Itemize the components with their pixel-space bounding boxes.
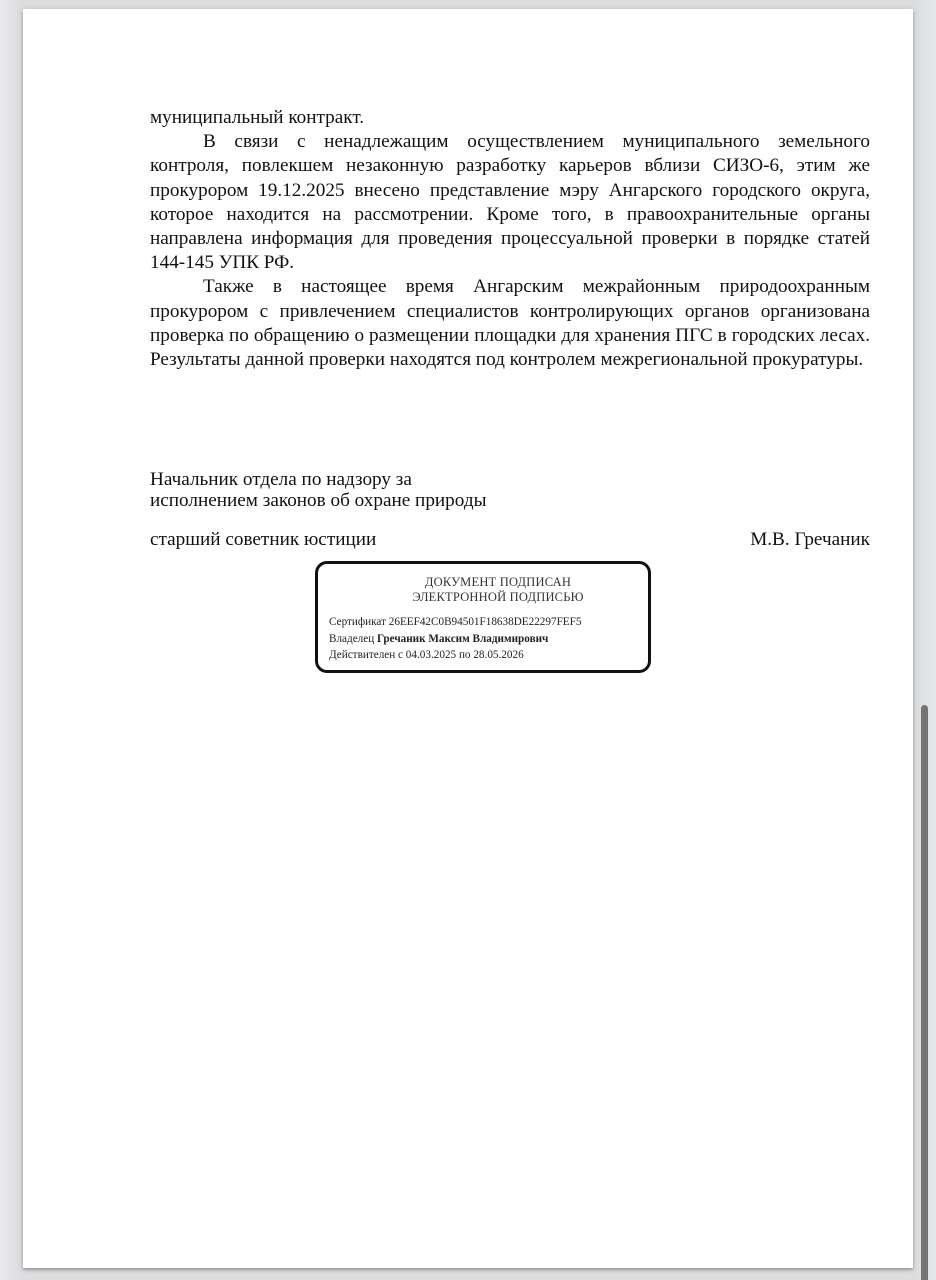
stamp-validity-row: Действителен с 04.03.2025 по 28.05.2026 <box>329 647 648 664</box>
document-page: муниципальный контракт. В связи с ненадл… <box>23 9 913 1268</box>
certificate-value: 26EEF42C0B94501F18638DE22297FEF5 <box>389 616 582 628</box>
scrollbar-thumb[interactable] <box>921 705 928 1280</box>
stamp-header-line-1: ДОКУМЕНТ ПОДПИСАН <box>348 575 648 590</box>
stamp-owner-row: Владелец Гречаник Максим Владимирович <box>329 631 648 648</box>
stamp-details: Сертификат 26EEF42C0B94501F18638DE22297F… <box>329 614 648 664</box>
stamp-header: ДОКУМЕНТ ПОДПИСАН ЭЛЕКТРОННОЙ ПОДПИСЬЮ <box>348 575 648 605</box>
signatory-title-line-1: Начальник отдела по надзору за <box>150 469 870 490</box>
valid-to: 28.05.2026 <box>473 649 523 661</box>
document-viewer: муниципальный контракт. В связи с ненадл… <box>0 0 936 1280</box>
certificate-label: Сертификат <box>329 616 386 628</box>
paragraph-land-control: В связи с ненадлежащим осуществлением му… <box>150 130 870 275</box>
signatory-rank: старший советник юстиции <box>150 529 376 550</box>
electronic-signature-stamp: ДОКУМЕНТ ПОДПИСАН ЭЛЕКТРОННОЙ ПОДПИСЬЮ С… <box>315 561 651 673</box>
valid-label: Действителен с <box>329 649 403 661</box>
valid-to-label: по <box>459 649 471 661</box>
stamp-certificate-row: Сертификат 26EEF42C0B94501F18638DE22297F… <box>329 614 648 631</box>
signatory-name: М.В. Гречаник <box>750 529 870 550</box>
paragraph-continuation: муниципальный контракт. <box>150 106 870 130</box>
paragraph-inspection: Также в настоящее время Ангарским межрай… <box>150 275 870 372</box>
signatory-row: старший советник юстиции М.В. Гречаник <box>150 529 870 550</box>
signatory-title-line-2: исполнением законов об охране природы <box>150 490 870 511</box>
stamp-header-line-2: ЭЛЕКТРОННОЙ ПОДПИСЬЮ <box>348 590 648 605</box>
signature-block: Начальник отдела по надзору за исполнени… <box>150 469 870 550</box>
document-body: муниципальный контракт. В связи с ненадл… <box>150 106 870 372</box>
owner-value: Гречаник Максим Владимирович <box>377 633 548 645</box>
valid-from: 04.03.2025 <box>406 649 456 661</box>
owner-label: Владелец <box>329 633 374 645</box>
